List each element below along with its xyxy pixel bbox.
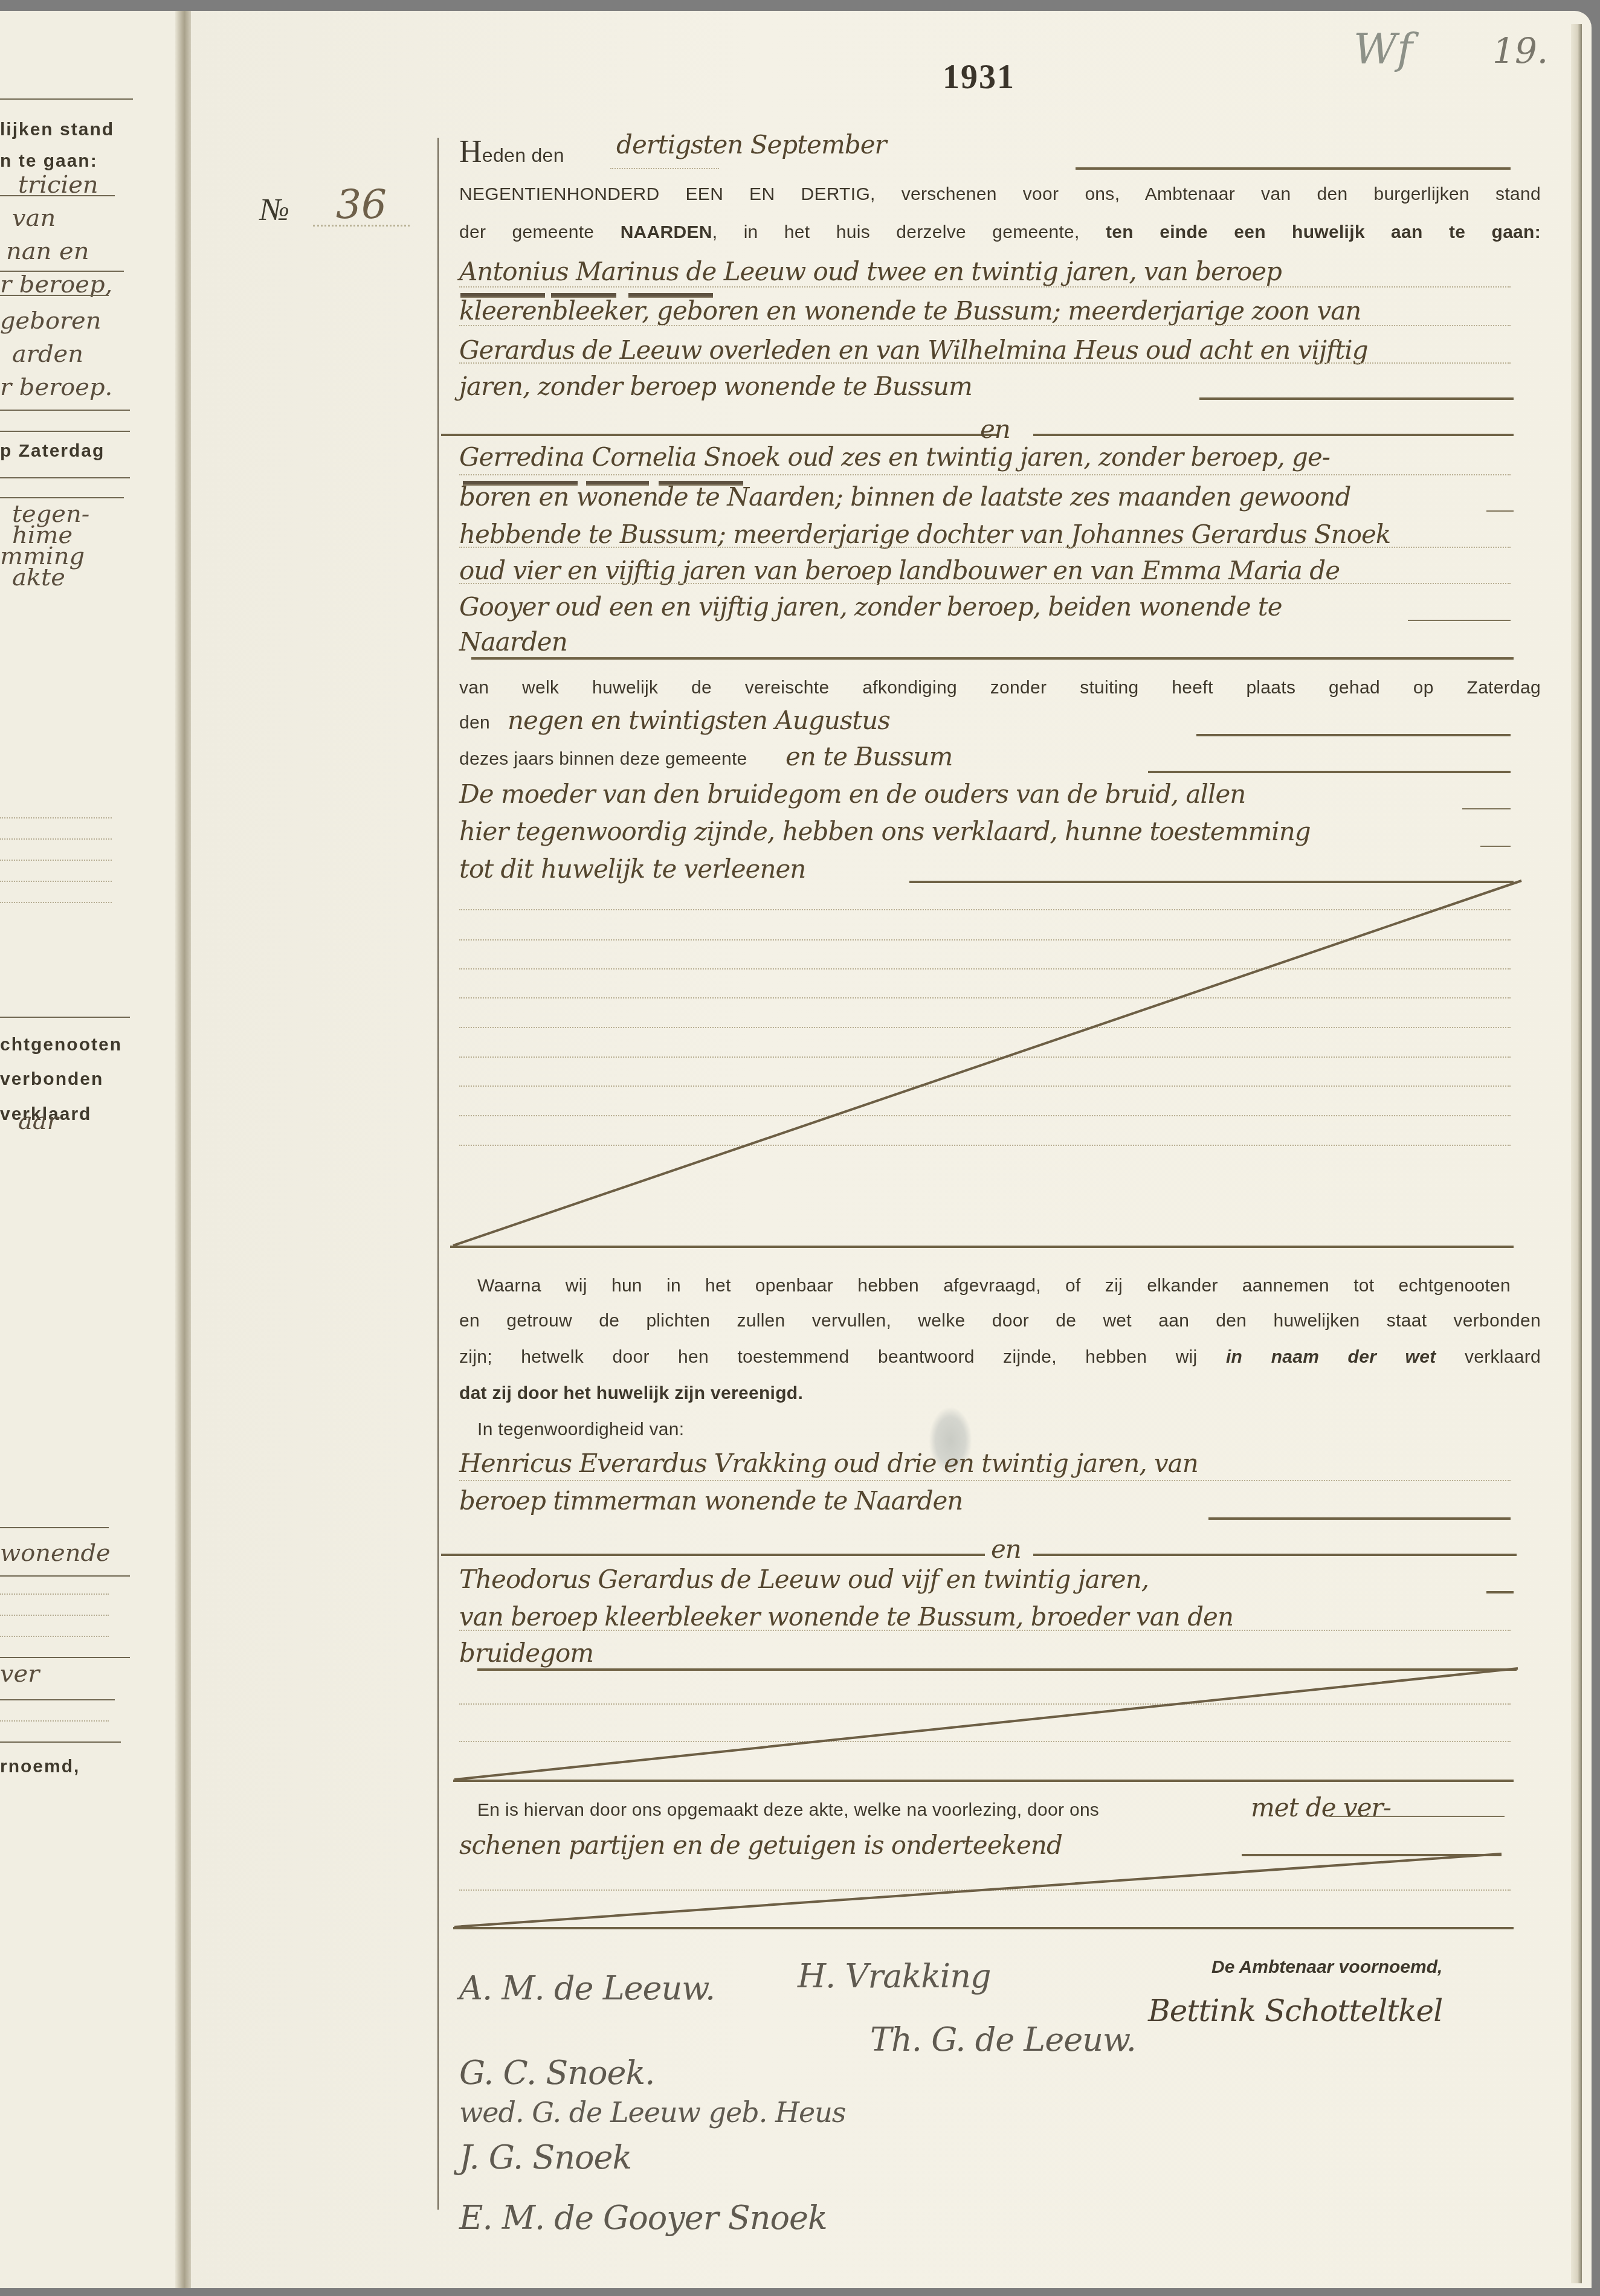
signature-bride-father: J. G. Snoek: [459, 2138, 631, 2176]
signature-groom-mother: wed. G. de Leeuw geb. Heus: [459, 2096, 845, 2129]
signature-groom: A. M. de Leeuw.: [459, 1969, 715, 2007]
signature-witness2: Th. G. de Leeuw.: [870, 2021, 1136, 2059]
void-strike-lines: [0, 0, 1600, 2296]
signature-witness1: H. Vrakking: [798, 1957, 991, 1995]
signature-bride-mother: E. M. de Gooyer Snoek: [459, 2199, 827, 2237]
signature-official: Bettink Schotteltkel: [1148, 1993, 1442, 2028]
signature-bride: G. C. Snoek.: [459, 2054, 654, 2092]
official-label: De Ambtenaar voornoemd,: [1211, 1957, 1442, 1978]
